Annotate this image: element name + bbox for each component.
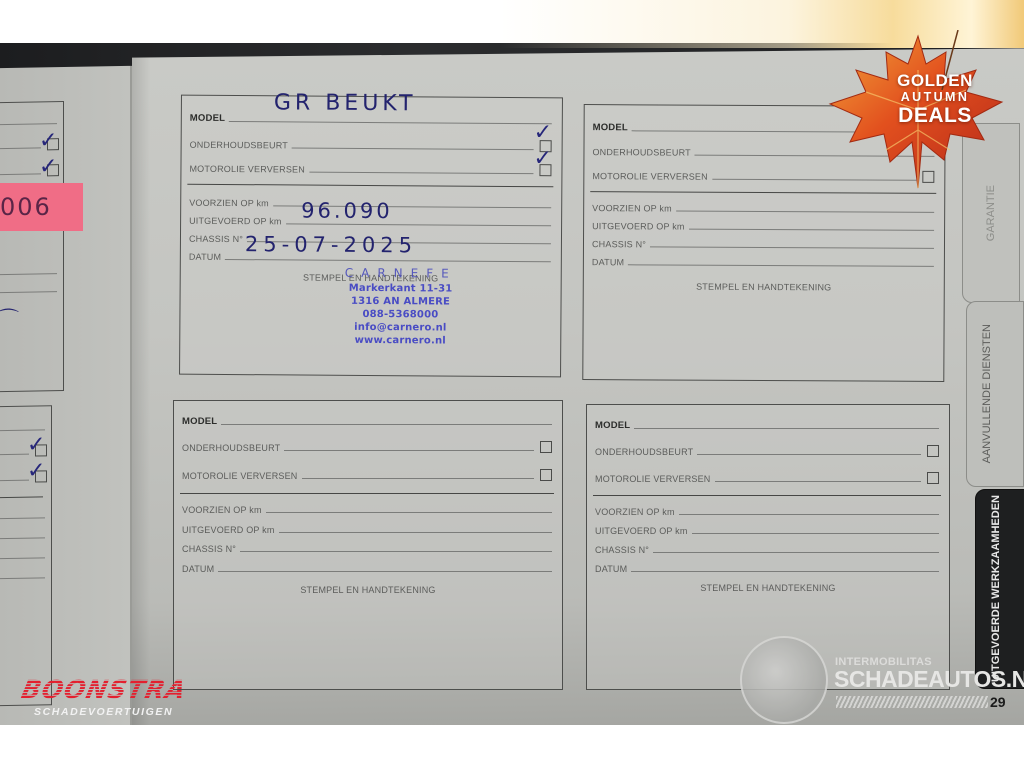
page-number: 29 <box>990 694 1006 710</box>
stamp-line: 1316 AN ALMERE <box>320 295 480 309</box>
stamp-line: Markerkant 11-31 <box>321 282 481 296</box>
boonstra-subtitle: SCHADEVOERTUIGEN <box>22 706 186 718</box>
motorolie-checkbox[interactable] <box>540 469 552 481</box>
stempel-label: STEMPEL EN HANDTEKENING <box>584 281 944 293</box>
golden-autumn-deals-banner[interactable]: GOLDEN AUTUMN DEALS <box>800 0 1024 190</box>
onderhoudsbeurt-label: ONDERHOUDSBEURT <box>592 147 690 158</box>
voorzien-label: VOORZIEN OP km <box>182 505 262 515</box>
schadeautos-logo-text: SCHADEAUTOS.NL <box>834 666 1024 693</box>
check-mark-icon: ✓ <box>533 148 552 170</box>
check-mark-icon: ✓ <box>39 130 58 152</box>
uitgevoerd-label: UITGEVOERD OP km <box>592 221 685 231</box>
model-label: MODEL <box>182 416 217 427</box>
check-mark-icon: ✓ <box>27 434 46 456</box>
check-mark-icon: ✓ <box>39 156 58 178</box>
chassis-label: CHASSIS N° <box>595 545 649 555</box>
tab-label: UITGEVOERDE WERKZAAMHEDEN <box>990 495 1018 682</box>
motorolie-label: MOTOROLIE VERVERSEN <box>592 171 708 182</box>
promo-text: GOLDEN AUTUMN DEALS <box>870 72 1000 127</box>
boonstra-logo: BOONSTRA SCHADEVOERTUIGEN <box>22 675 186 718</box>
motorolie-label: MOTOROLIE VERVERSEN <box>595 474 711 484</box>
globe-icon <box>740 636 828 724</box>
left-top-card: ✓ ✓ ⌒ <box>0 101 64 392</box>
company-stamp: CARNEFE Markerkant 11-31 1316 AN ALMERE … <box>320 267 481 348</box>
motorolie-label: MOTOROLIE VERVERSEN <box>182 471 298 481</box>
promo-line-2: AUTUMN <box>870 90 1000 105</box>
handwritten-scribble: ⌒ <box>0 303 19 334</box>
voorzien-label: VOORZIEN OP km <box>595 507 675 517</box>
sticky-note: 006 <box>0 183 83 231</box>
model-label: MODEL <box>190 113 225 124</box>
left-page: ✓ ✓ ⌒ ✓ ✓ <box>0 66 132 725</box>
motorolie-checkbox[interactable] <box>927 472 939 484</box>
uitgevoerd-value: 96.090 <box>301 199 393 224</box>
schadeautos-stripe <box>836 696 988 708</box>
stempel-label: STEMPEL EN HANDTEKENING <box>174 585 562 595</box>
onderhoudsbeurt-checkbox[interactable] <box>927 445 939 457</box>
boonstra-name: BOONSTRA <box>19 675 189 704</box>
stamp-line: www.carnero.nl <box>320 334 480 348</box>
tab-aanvullende-diensten[interactable]: AANVULLENDE DIENSTEN <box>966 301 1024 487</box>
datum-label: DATUM <box>595 564 627 574</box>
tab-uitgevoerde-werkzaamheden[interactable]: UITGEVOERDE WERKZAAMHEDEN <box>975 489 1024 689</box>
left-bottom-card: ✓ ✓ <box>0 405 52 706</box>
check-mark-icon: ✓ <box>27 460 46 482</box>
chassis-label: CHASSIS N° <box>592 239 646 249</box>
tab-label: GARANTIE <box>985 185 998 241</box>
onderhoudsbeurt-checkbox[interactable] <box>540 441 552 453</box>
service-card-3: MODEL ONDERHOUDSBEURT MOTOROLIE VERVERSE… <box>173 400 563 690</box>
chassis-label: CHASSIS N° <box>189 234 243 244</box>
stamp-line: info@carnero.nl <box>320 321 480 335</box>
uitgevoerd-label: UITGEVOERD OP km <box>595 526 688 536</box>
sticky-note-text: 006 <box>0 193 52 221</box>
datum-label: DATUM <box>592 257 624 267</box>
voorzien-label: VOORZIEN OP km <box>189 198 269 209</box>
uitgevoerd-label: UITGEVOERD OP km <box>182 525 275 535</box>
check-mark-icon: ✓ <box>534 122 553 144</box>
uitgevoerd-label: UITGEVOERD OP km <box>189 216 282 227</box>
stamp-brand: CARNEFE <box>321 267 481 281</box>
model-label: MODEL <box>595 420 630 431</box>
model-label: MODEL <box>593 122 628 133</box>
stamp-line: 088-5368000 <box>320 308 480 322</box>
chassis-label: CHASSIS N° <box>182 544 236 554</box>
stempel-label: STEMPEL EN HANDTEKENING <box>587 583 949 593</box>
promo-line-1: GOLDEN <box>870 72 1000 90</box>
motorolie-label: MOTOROLIE VERVERSEN <box>189 164 305 175</box>
onderhoudsbeurt-label: ONDERHOUDSBEURT <box>182 443 280 453</box>
model-value: GR BEUKT <box>274 90 417 116</box>
tab-label: AANVULLENDE DIENSTEN <box>981 324 1009 463</box>
datum-value: 25-07-2025 <box>245 232 417 257</box>
promo-line-3: DEALS <box>870 105 1000 127</box>
datum-label: DATUM <box>189 252 221 262</box>
voorzien-label: VOORZIEN OP km <box>592 203 672 213</box>
datum-label: DATUM <box>182 564 214 574</box>
service-card-1: MODEL ONDERHOUDSBEURT MOTOROLIE VERVERSE… <box>179 95 563 378</box>
onderhoudsbeurt-label: ONDERHOUDSBEURT <box>595 447 693 457</box>
onderhoudsbeurt-label: ONDERHOUDSBEURT <box>190 140 288 151</box>
